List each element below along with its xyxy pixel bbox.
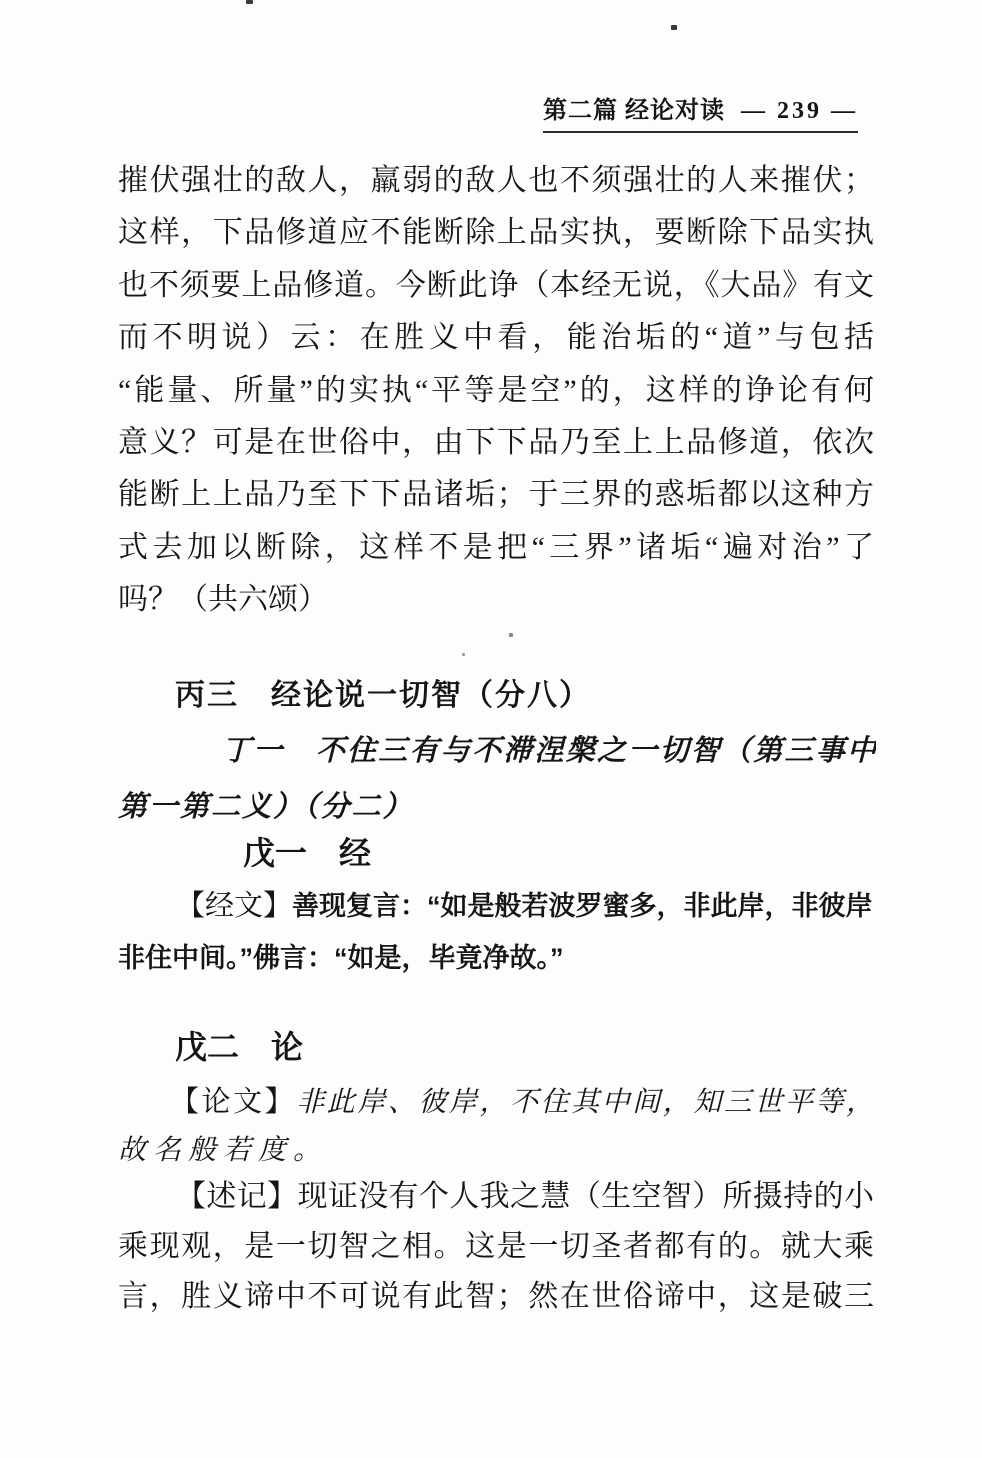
shastra-line: 故名般若度。: [118, 1127, 874, 1175]
shastra-label: 【论文】: [170, 1086, 296, 1118]
paragraph-line: 也不须要上品修道。今断此诤（本经无说，《大品》有文: [118, 260, 874, 312]
commentary-line: 【述记】现证没有个人我之慧（生空智）所摄持的小: [118, 1172, 874, 1222]
body-paragraph: 摧伏强壮的敌人，羸弱的敌人也不须强壮的人来摧伏； 这样，下品修道应不能断除上品实…: [118, 155, 874, 627]
paragraph-line: 式去加以断除，这样不是把“三界”诸垢“遍对治”了: [118, 522, 874, 574]
commentary-line: 乘现观，是一切智之相。这是一切圣者都有的。就大乘: [118, 1222, 874, 1272]
chapter-title: 第二篇 经论对读: [543, 98, 725, 124]
running-header: 第二篇 经论对读— 239 —: [543, 90, 858, 133]
paragraph-line: 吗？（共六颂）: [118, 574, 874, 626]
section-heading-wu2: 戊二 论: [175, 1022, 303, 1068]
commentary-paragraph: 【述记】现证没有个人我之慧（生空智）所摄持的小 乘现观，是一切智之相。这是一切圣…: [118, 1172, 874, 1322]
section-heading-wu1: 戊一 经: [243, 828, 371, 874]
ink-speck: [246, 0, 253, 4]
paragraph-line: “能量、所量”的实执“平等是空”的，这样的诤论有何: [118, 365, 874, 417]
shastra-paragraph: 【论文】非此岸、彼岸，不住其中间，知三世平等， 故名般若度。: [118, 1078, 874, 1175]
sutra-line: 【经文】善现复言：“如是般若波罗蜜多，非此岸，非彼岸，: [118, 880, 874, 932]
paragraph-line: 这样，下品修道应不能断除上品实执，要断除下品实执: [118, 207, 874, 259]
sutra-text: 善现复言：“如是般若波罗蜜多，非此岸，非彼岸，: [292, 891, 874, 921]
commentary-label: 【述记】: [176, 1180, 297, 1213]
section-heading-ding1-continuation: 第一第二义）（分二）: [118, 784, 414, 825]
sutra-line: 非住中间。”佛言：“如是，毕竟净故。”: [118, 932, 874, 984]
paragraph-line: 而不明说）云：在胜义中看，能治垢的“道”与包括: [118, 312, 874, 364]
section-heading-ding1: 丁一 不住三有与不滞涅槃之一切智（第三事中: [222, 728, 876, 769]
paragraph-line: 能断上上品乃至下下品诸垢；于三界的惑垢都以这种方: [118, 469, 874, 521]
shastra-text: 非此岸、彼岸，不住其中间，知三世平等，: [296, 1087, 874, 1118]
sutra-label: 【经文】: [176, 890, 292, 922]
ink-speck: [509, 633, 513, 637]
ink-speck: [462, 653, 465, 656]
shastra-line: 【论文】非此岸、彼岸，不住其中间，知三世平等，: [118, 1078, 874, 1127]
paragraph-line: 摧伏强壮的敌人，羸弱的敌人也不须强壮的人来摧伏；: [118, 155, 874, 207]
commentary-line: 言，胜义谛中不可说有此智；然在世俗谛中，这是破三: [118, 1272, 874, 1322]
section-heading-bing3: 丙三 经论说一切智（分八）: [175, 670, 591, 714]
commentary-text: 现证没有个人我之慧（生空智）所摄持的小: [297, 1180, 874, 1213]
sutra-paragraph: 【经文】善现复言：“如是般若波罗蜜多，非此岸，非彼岸， 非住中间。”佛言：“如是…: [118, 880, 874, 984]
page-number: — 239 —: [741, 98, 858, 124]
paragraph-line: 意义？可是在世俗中，由下下品乃至上上品修道，依次: [118, 417, 874, 469]
ink-speck: [671, 25, 677, 30]
book-page: 第二篇 经论对读— 239 — 摧伏强壮的敌人，羸弱的敌人也不须强壮的人来摧伏；…: [0, 0, 982, 1458]
